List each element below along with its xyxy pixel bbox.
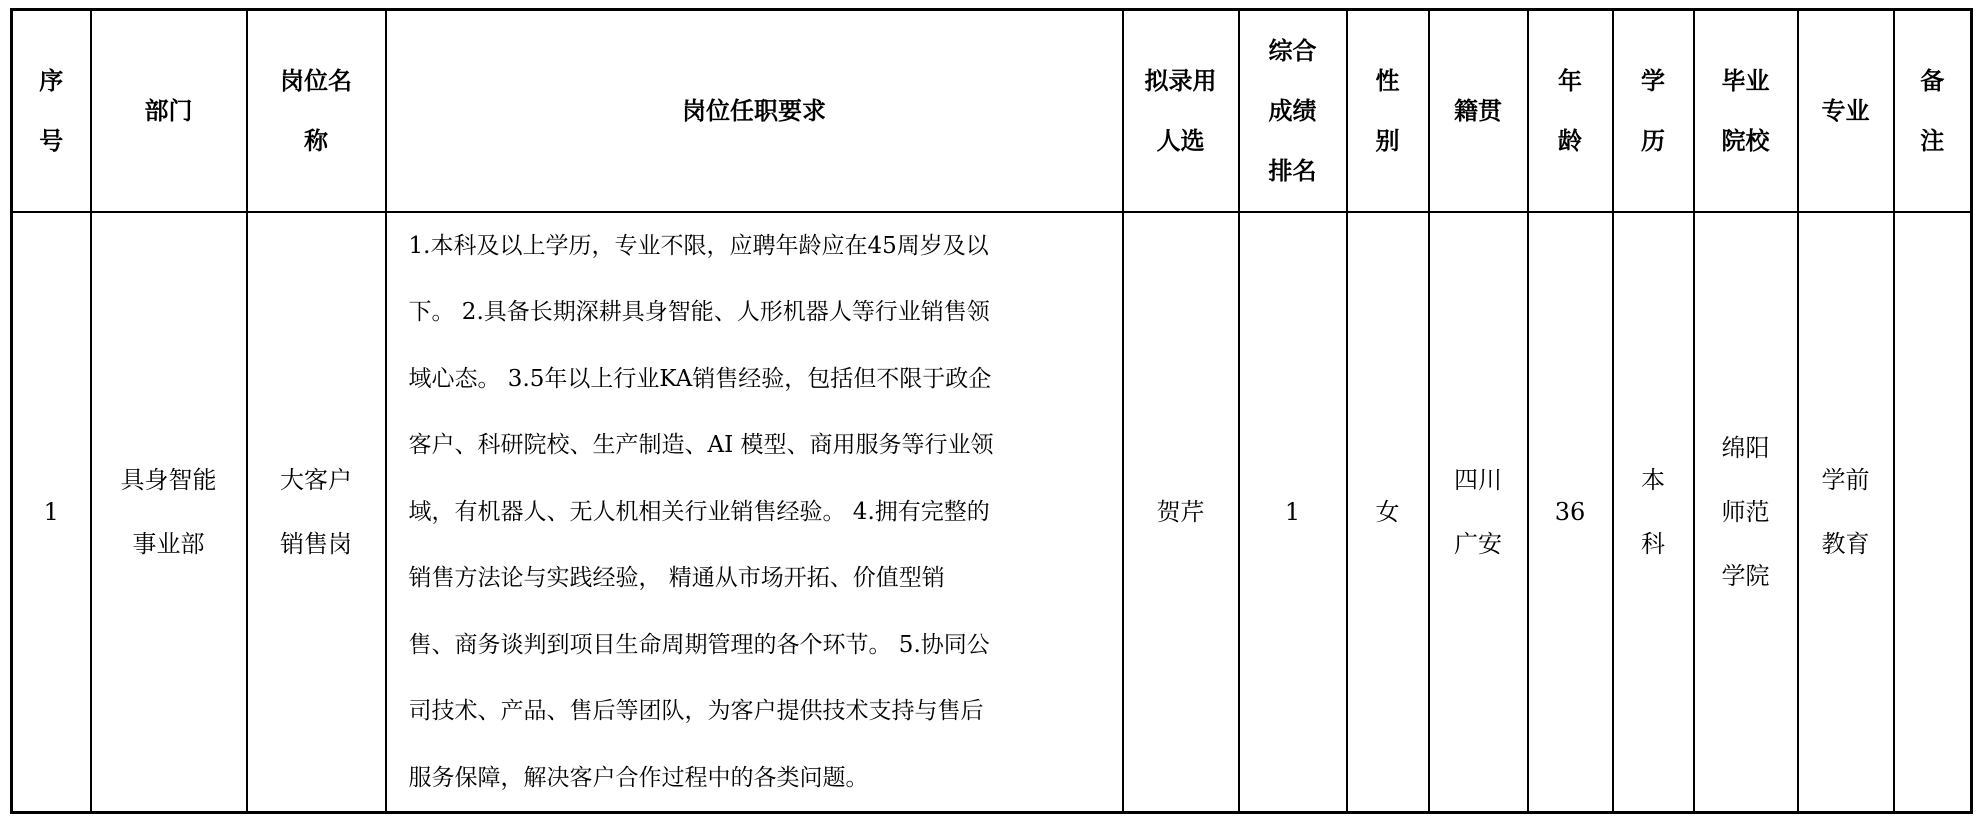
recruitment-roster-table: 序 号 部门 岗位名 称 岗位任职要求 拟录用 人选 综合 成绩 排名 性 别 … (10, 8, 1973, 814)
table-body: 1 具身智能 事业部 大客户 销售岗 1.本科及以上学历，专业不限，应聘年龄应在… (12, 212, 1972, 813)
cell-school: 绵阳 师范 学院 (1694, 212, 1798, 813)
cell-age: 36 (1528, 212, 1613, 813)
cell-score-rank: 1 (1239, 212, 1347, 813)
cell-remarks (1894, 212, 1972, 813)
col-header-major: 专业 (1798, 10, 1894, 212)
col-header-position-name: 岗位名 称 (247, 10, 386, 212)
header-row: 序 号 部门 岗位名 称 岗位任职要求 拟录用 人选 综合 成绩 排名 性 别 … (12, 10, 1972, 212)
col-header-gender: 性 别 (1347, 10, 1429, 212)
col-header-serial: 序 号 (12, 10, 91, 212)
document-page: 序 号 部门 岗位名 称 岗位任职要求 拟录用 人选 综合 成绩 排名 性 别 … (0, 0, 1981, 830)
cell-department: 具身智能 事业部 (91, 212, 247, 813)
col-header-score-rank: 综合 成绩 排名 (1239, 10, 1347, 212)
col-header-education: 学 历 (1613, 10, 1694, 212)
cell-major: 学前 教育 (1798, 212, 1894, 813)
table-header: 序 号 部门 岗位名 称 岗位任职要求 拟录用 人选 综合 成绩 排名 性 别 … (12, 10, 1972, 212)
cell-education: 本 科 (1613, 212, 1694, 813)
table-row: 1 具身智能 事业部 大客户 销售岗 1.本科及以上学历，专业不限，应聘年龄应在… (12, 212, 1972, 813)
col-header-candidate: 拟录用 人选 (1123, 10, 1239, 212)
cell-gender: 女 (1347, 212, 1429, 813)
cell-candidate: 贺芹 (1123, 212, 1239, 813)
col-header-remarks: 备 注 (1894, 10, 1972, 212)
cell-native-place: 四川 广安 (1429, 212, 1528, 813)
cell-requirements: 1.本科及以上学历，专业不限，应聘年龄应在45周岁及以 下。 2.具备长期深耕具… (386, 212, 1123, 813)
col-header-requirements: 岗位任职要求 (386, 10, 1123, 212)
col-header-department: 部门 (91, 10, 247, 212)
cell-serial: 1 (12, 212, 91, 813)
col-header-school: 毕业 院校 (1694, 10, 1798, 212)
col-header-native-place: 籍贯 (1429, 10, 1528, 212)
cell-position-name: 大客户 销售岗 (247, 212, 386, 813)
col-header-age: 年 龄 (1528, 10, 1613, 212)
